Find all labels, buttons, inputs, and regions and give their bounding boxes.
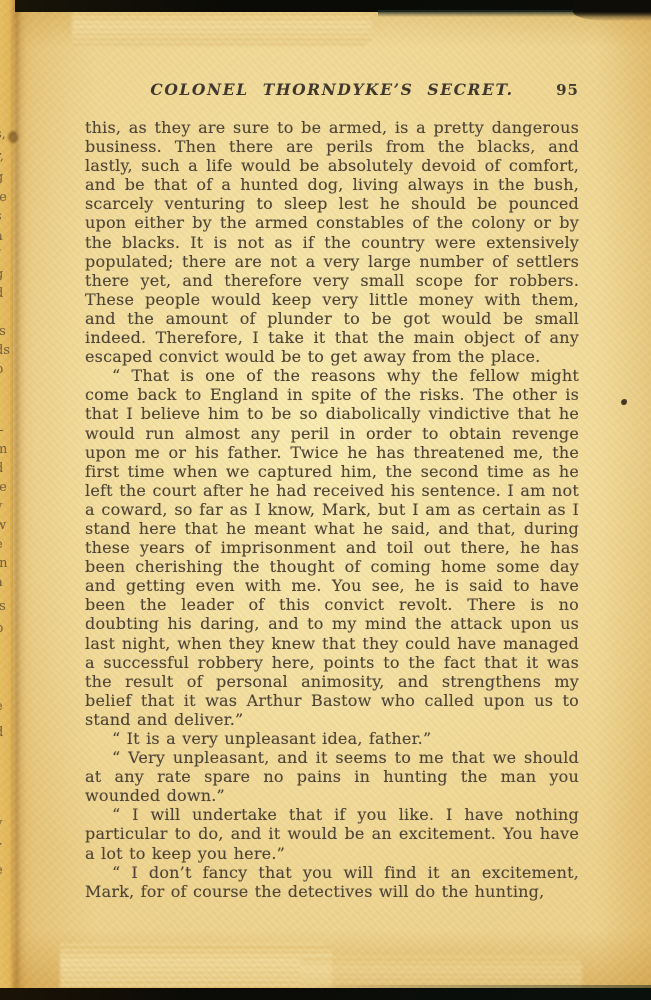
edge-text-fragment: d [0,726,10,740]
paragraph: this, as they are sure to be armed, is a… [85,118,579,366]
edge-text-fragment: is [0,600,10,614]
edge-text-fragment: b [0,363,10,377]
body-text: this, as they are sure to be armed, is a… [85,118,579,901]
edge-text-fragment: a [0,576,10,590]
edge-text-fragment: g [0,268,10,282]
edge-text-fragment: ds [0,344,10,358]
edge-text-fragment: g [0,171,10,185]
ink-speck [621,399,627,405]
edge-text-fragment: r, [0,150,10,164]
edge-text-fragment: le [0,481,10,495]
edge-text-fragment: i- [0,424,10,438]
edge-text-fragment: r [0,840,10,854]
paper-blemish [8,131,18,143]
edge-text-fragment: d [0,287,10,301]
gutter-crease-shadow [11,0,25,1000]
book-page-scan: s,r,glesafgdllsdsbi-mdleyweinaisbedltyre… [0,0,651,1000]
edge-text-fragment: b [0,622,10,636]
edge-text-fragment: w [0,519,10,533]
edge-text-fragment: y [0,817,10,831]
edge-text-fragment: y [0,500,10,514]
edge-text-fragment: ls [0,325,10,339]
edge-text-fragment: e [0,864,10,878]
adjacent-page-text-fragments: s,r,glesafgdllsdsbi-mdleyweinaisbedltyre [0,0,10,1000]
running-header: COLONEL THORNDYKE’S SECRET. 95 [85,80,579,100]
scan-border-bottom [0,988,651,1000]
edge-text-fragment: le [0,191,10,205]
edge-text-fragment: in [0,557,10,571]
edge-text-fragment: l [0,306,10,320]
paragraph: “ That is one of the reasons why the fel… [85,366,579,729]
page-edges-top [72,11,372,45]
scan-corner-top-right [573,0,651,21]
edge-text-fragment: l [0,748,10,762]
page-edges-bottom-faint [300,956,582,988]
edge-text-fragment: e [0,700,10,714]
edge-text-fragment: a [0,230,10,244]
edge-text-fragment: e [0,538,10,552]
book-page: s,r,glesafgdllsdsbi-mdleyweinaisbedltyre… [0,0,651,1000]
edge-text-fragment: t [0,795,10,809]
edge-text-fragment: m [0,443,10,457]
paragraph: “ It is a very unpleasant idea, father.” [85,729,579,748]
page-number: 95 [556,81,579,99]
page-edges-bottom [60,944,332,988]
paragraph: “ I will undertake that if you like. I h… [85,805,579,862]
paragraph: “ I don’t fancy that you will find it an… [85,863,579,901]
edge-text-fragment: d [0,462,10,476]
chapter-title: COLONEL THORNDYKE’S SECRET. [85,80,579,99]
edge-text-fragment: f [0,249,10,263]
paragraph: “ Very unpleasant, and it seems to me th… [85,748,579,805]
edge-text-fragment: s [0,210,10,224]
